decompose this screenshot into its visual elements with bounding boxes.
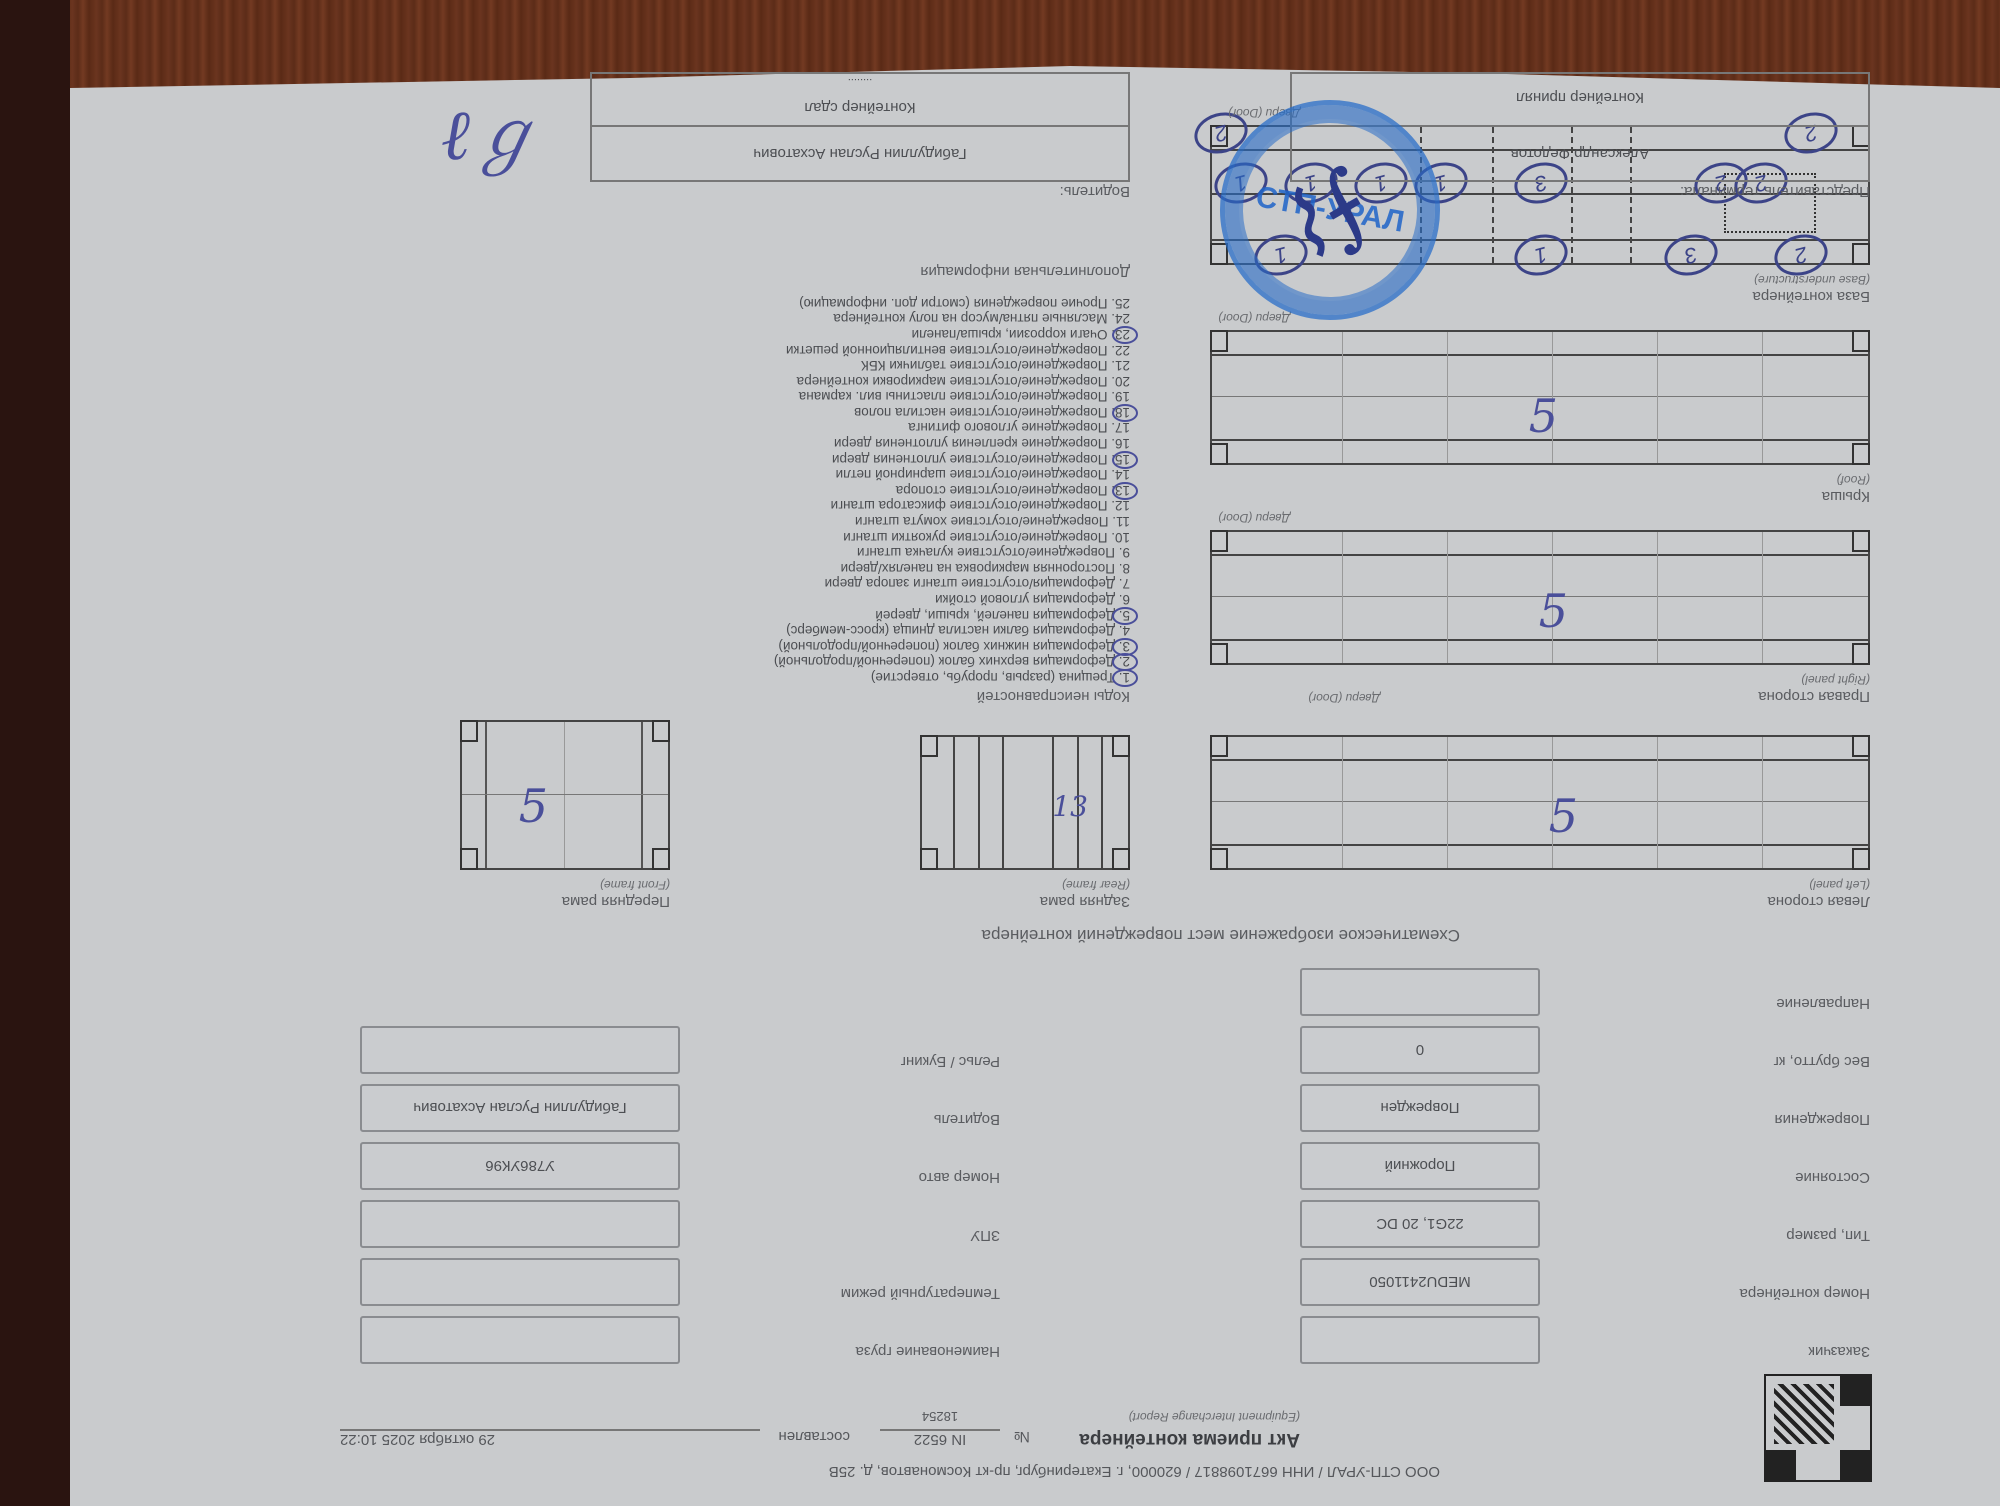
defect-code-item: 12. Повреждение/отсутствие фиксатора шта…	[650, 498, 1130, 514]
defect-code-item: 21. Повреждение/отсутствие таблички КБК	[650, 358, 1130, 374]
left-side-label: Левая сторона	[1768, 893, 1870, 910]
field-customer[interactable]	[1300, 1316, 1540, 1364]
defect-code-item: 7. Деформация/отсутствие штанги запора д…	[650, 576, 1130, 592]
number-label: №	[1014, 1428, 1030, 1445]
field-temperature[interactable]	[360, 1258, 680, 1306]
defect-code-item: 16. Повреждение крепления уплотнения две…	[650, 436, 1130, 452]
roof-label-en: (Roof)	[1837, 473, 1870, 487]
rear-frame-label: Задняя рама	[1040, 893, 1130, 910]
document-subtitle: (Equipment Interchange Report)	[1129, 1410, 1300, 1424]
defect-code-item: 22. Повреждение/отсутствие вентиляционно…	[650, 342, 1130, 358]
driver-name: Габидуллин Руслан Асхатович	[592, 125, 1128, 180]
right-side-door-label-2: Двери (Door)	[1218, 511, 1290, 525]
field-label-damage: Повреждения	[1774, 1111, 1870, 1128]
driver-status: Контейнер сдал	[592, 90, 1128, 125]
defect-code-item: 8. Посторонняя маркировка на панелях/две…	[650, 560, 1130, 576]
defect-code-item: 5. Деформация панелей, крыши, дверей	[650, 607, 1130, 623]
roof-label: Крыша	[1822, 488, 1870, 505]
act-date: 29 октября 2025 10:22	[340, 1429, 760, 1448]
defect-code-item: 3. Деформация нижних балок (поперечной/п…	[650, 638, 1130, 654]
field-damage[interactable]: Поврежден	[1300, 1084, 1540, 1132]
base-label-en: (Base understructure)	[1754, 273, 1870, 287]
front-frame-label: Передняя рама	[562, 893, 670, 910]
defect-code-item: 4. Деформация балки настила днища (кросс…	[650, 623, 1130, 639]
field-label-booking: Рельс / Букинг	[901, 1053, 1000, 1070]
circled-code-mark	[1112, 451, 1138, 469]
defect-code-item: 10. Повреждение/отсутствие рукоятки штан…	[650, 529, 1130, 545]
defect-code-item: 17. Повреждение углового фитинга	[650, 420, 1130, 436]
field-label-container-number: Номер контейнера	[1740, 1285, 1870, 1302]
driver-dots: ........	[592, 72, 1128, 92]
field-cargo-name[interactable]	[360, 1316, 680, 1364]
front-frame-damage-mark: 5	[519, 779, 548, 833]
front-frame-diagram[interactable]: 5	[460, 720, 670, 870]
defect-code-item: 1. Трещина (разрыв, прорубь, отверстие)	[650, 669, 1130, 685]
roof-door-label: Двери (Door)	[1218, 311, 1290, 325]
defect-codes-heading: Коды неисправностей	[977, 688, 1130, 705]
left-side-label-en: (Left panel)	[1809, 878, 1870, 892]
right-side-door-label: Двери (Door)	[1308, 691, 1380, 705]
field-container-number[interactable]: MEDU2411050	[1300, 1258, 1540, 1306]
defect-code-item: 24. Масляные пятна/мусор на полу контейн…	[650, 311, 1130, 327]
field-label-temperature: Температурный режим	[841, 1285, 1000, 1302]
additional-info-label: Дополнительная информация	[920, 263, 1130, 280]
defect-code-item: 9. Повреждение/отсутствие кулачка штанги	[650, 545, 1130, 561]
circled-code-mark	[1112, 482, 1138, 500]
qr-code-icon	[1766, 1376, 1870, 1480]
composed-label: составлен	[778, 1428, 850, 1445]
defect-code-item: 15. Повреждение/отсутствие уплотнения дв…	[650, 451, 1130, 467]
field-driver[interactable]: Габидуллин Руслан Асхатович	[360, 1084, 680, 1132]
field-type-size[interactable]: 22G1, 20 DC	[1300, 1200, 1540, 1248]
circled-code-mark	[1112, 638, 1138, 656]
defect-code-item: 25. Прочие повреждения (смотри доп. инфо…	[650, 295, 1130, 311]
driver-label: Водитель:	[1060, 183, 1130, 200]
roof-diagram[interactable]: 5	[1210, 330, 1870, 465]
circled-code-mark	[1112, 653, 1138, 671]
field-label-cargo-name: Наименование груза	[855, 1343, 1000, 1360]
defect-code-item: 6. Деформация угловой стойки	[650, 591, 1130, 607]
roof-damage-mark: 5	[1529, 389, 1558, 443]
right-side-label: Правая сторона	[1758, 688, 1870, 705]
field-gross-weight[interactable]: 0	[1300, 1026, 1540, 1074]
rear-frame-diagram[interactable]: 13	[920, 735, 1130, 870]
field-label-type-size: Тип, размер	[1786, 1227, 1870, 1244]
rear-frame-label-en: (Rear frame)	[1062, 878, 1130, 892]
defect-code-item: 23. Очаги коррозии, крыша/панели	[650, 326, 1130, 342]
defect-code-item: 20. Повреждение/отсутствие маркировки ко…	[650, 373, 1130, 389]
field-booking[interactable]	[360, 1026, 680, 1074]
circled-code-mark	[1112, 404, 1138, 422]
field-seal[interactable]	[360, 1200, 680, 1248]
right-side-damage-mark: 5	[1539, 584, 1568, 638]
schematic-heading: Схематическое изображение мест поврежден…	[982, 925, 1460, 945]
left-side-damage-mark: 5	[1549, 789, 1578, 843]
right-side-label-en: (Right panel)	[1801, 673, 1870, 687]
act-subnumber: 18254	[880, 1409, 1000, 1424]
document-title: Акт приема контейнера	[1079, 1428, 1300, 1450]
circled-code-mark	[1112, 669, 1138, 687]
company-line: ООО СТП-УРАЛ / ИНН 6671098817 / 620000, …	[829, 1463, 1440, 1480]
defect-code-item: 14. Повреждение/отсутствие шарнирной пет…	[650, 467, 1130, 483]
defect-code-item: 2. Деформация верхних балок (поперечной/…	[650, 654, 1130, 670]
defect-code-item: 19. Повреждение/отсутствие пластины вил.…	[650, 389, 1130, 405]
field-label-driver: Водитель	[934, 1111, 1000, 1128]
field-label-seal: ЗПУ	[971, 1227, 1000, 1244]
front-frame-label-en: (Front frame)	[600, 878, 670, 892]
driver-signature: ℓℊ	[441, 79, 540, 180]
left-side-diagram[interactable]: 5	[1210, 735, 1870, 870]
defect-code-item: 13. Повреждение/отсутствие стопора	[650, 482, 1130, 498]
acceptance-act-document: ООО СТП-УРАЛ / ИНН 6671098817 / 620000, …	[70, 60, 2000, 1500]
field-state[interactable]: Порожний	[1300, 1142, 1540, 1190]
defect-code-item: 18. Повреждение/отсутствие настила полов	[650, 404, 1130, 420]
right-side-diagram[interactable]: 5	[1210, 530, 1870, 665]
field-label-gross-weight: Вес брутто, кг	[1773, 1053, 1870, 1070]
field-label-direction: Направление	[1776, 995, 1870, 1012]
circled-code-mark	[1112, 607, 1138, 625]
defect-code-item: 11. Повреждение/отсутствие хомута штанги	[650, 513, 1130, 529]
act-number: IN 6522	[880, 1429, 1000, 1448]
rear-frame-damage-mark: 13	[1052, 790, 1088, 823]
circled-code-mark	[1112, 326, 1138, 344]
terminal-rep-label: Представитель терминала:	[1680, 183, 1870, 200]
base-label: База контейнера	[1753, 288, 1871, 305]
field-label-state: Состояние	[1795, 1169, 1870, 1186]
field-label-vehicle-number: Номер авто	[919, 1169, 1000, 1186]
field-label-customer: Заказчик	[1808, 1343, 1870, 1360]
defect-codes-list: 1. Трещина (разрыв, прорубь, отверстие)2…	[650, 295, 1130, 685]
field-vehicle-number[interactable]: У786УК96	[360, 1142, 680, 1190]
field-direction[interactable]	[1300, 968, 1540, 1016]
driver-table: Габидуллин Руслан Асхатович Контейнер сд…	[590, 72, 1130, 182]
table-edge-shadow	[0, 0, 70, 1506]
